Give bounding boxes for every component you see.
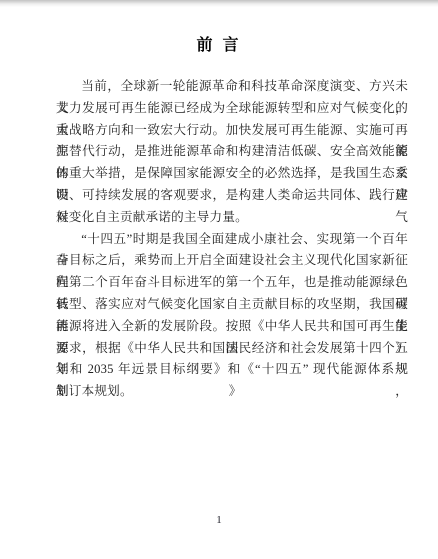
text-line: 转型、落实应对气候变化国家自主贡献目标的攻坚期，我国可再生 xyxy=(56,294,408,316)
text-line: “十四五”时期是我国全面建成小康社会、实现第一个百年奋 xyxy=(56,229,408,251)
text-line: 大力发展可再生能源已经成为全球能源转型和应对气候变化的重 xyxy=(56,98,408,120)
page-top-edge xyxy=(0,0,438,7)
text-line: 能源将进入全新的发展阶段。按照《中华人民共和国可再生能源法》 xyxy=(56,316,408,338)
text-line: 当前，全球新一轮能源革命和科技革命深度演变、方兴未艾， xyxy=(56,76,408,98)
document-page: 前 言 当前，全球新一轮能源革命和科技革命深度演变、方兴未艾， 大力发展可再生能… xyxy=(0,0,438,559)
document-body: 当前，全球新一轮能源革命和科技革命深度演变、方兴未艾， 大力发展可再生能源已经成… xyxy=(56,76,408,403)
text-line: 的重大举措，是保障国家能源安全的必然选择，是我国生态文明建 xyxy=(56,163,408,185)
text-line: 向第二个百年奋斗目标进军的第一个五年，也是推动能源绿色低碳 xyxy=(56,272,408,294)
text-line: 大战略方向和一致宏大行动。加快发展可再生能源、实施可再生能 xyxy=(56,120,408,142)
text-line: 源替代行动，是推进能源革命和构建清洁低碳、安全高效能源体系 xyxy=(56,141,408,163)
page-title: 前 言 xyxy=(0,32,438,55)
text-line: 划和 2035 年远景目标纲要》和《“十四五” 现代能源体系规划》， xyxy=(56,359,408,381)
text-line: 设、可持续发展的客观要求，是构建人类命运共同体、践行应对气 xyxy=(56,185,408,207)
text-line: 斗目标之后，乘势而上开启全面建设社会主义现代化国家新征程、 xyxy=(56,250,408,272)
text-line: 要求，根据《中华人民共和国国民经济和社会发展第十四个五年规 xyxy=(56,338,408,360)
page-number: 1 xyxy=(0,514,438,526)
